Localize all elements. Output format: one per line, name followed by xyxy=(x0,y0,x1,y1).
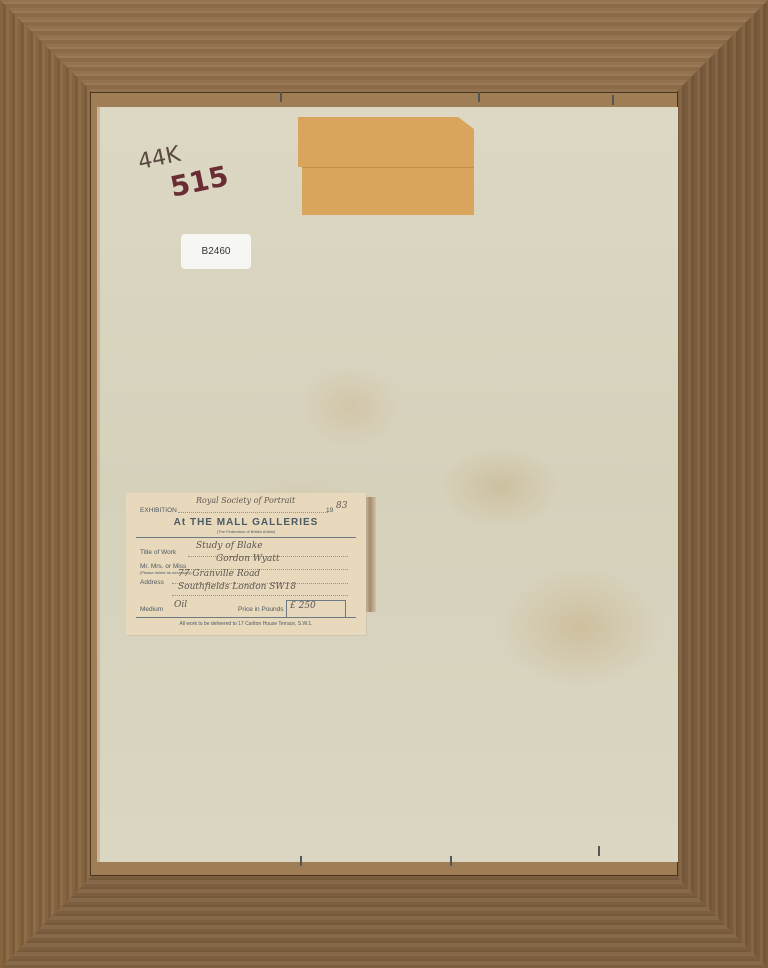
medium-field-label: Medium xyxy=(140,606,163,613)
frame-rail-bottom xyxy=(0,876,768,968)
divider xyxy=(136,617,356,618)
price-field-label: Price in Pounds xyxy=(238,606,284,613)
canvas-back xyxy=(97,107,678,862)
title-field-label: Title of Work xyxy=(140,549,176,556)
inventory-sticker: B2460 xyxy=(181,234,251,269)
venue-title: At THE MALL GALLERIES xyxy=(126,517,366,528)
dotted-line xyxy=(178,512,328,513)
nail xyxy=(612,95,614,105)
address-line-2: Southfields London SW18 xyxy=(178,582,296,592)
nail xyxy=(450,856,452,866)
masking-tape xyxy=(298,117,474,215)
title-value: Study of Blake xyxy=(196,541,263,551)
dotted-line xyxy=(172,595,348,596)
exhibition-label: EXHIBITION Royal Society of Portrait 19 … xyxy=(126,493,366,635)
nail xyxy=(280,92,282,102)
torn-label-remnant xyxy=(366,497,376,612)
frame-rail-left xyxy=(0,0,92,968)
frame-rail-top xyxy=(0,0,768,92)
address-line-1: 77 Granville Road xyxy=(178,569,260,579)
exhibition-field-label: EXHIBITION xyxy=(140,507,177,514)
delivery-note: All work to be delivered to 17 Carlton H… xyxy=(126,621,366,627)
sticker-code: B2460 xyxy=(202,246,231,257)
address-field-label: Address xyxy=(140,579,164,586)
frame-rail-right xyxy=(676,0,768,968)
nail xyxy=(598,846,600,856)
year-value: 83 xyxy=(336,501,347,511)
medium-value: Oil xyxy=(174,600,187,610)
price-value: £ 250 xyxy=(290,601,316,611)
exhibition-value: Royal Society of Portrait xyxy=(196,496,295,505)
nail xyxy=(478,92,480,102)
divider xyxy=(136,537,356,538)
year-prefix: 19 xyxy=(326,507,333,514)
nail xyxy=(300,856,302,866)
artist-value: Gordon Wyatt xyxy=(216,554,279,564)
venue-subtitle: (The Federation of British Artists) xyxy=(126,529,366,534)
